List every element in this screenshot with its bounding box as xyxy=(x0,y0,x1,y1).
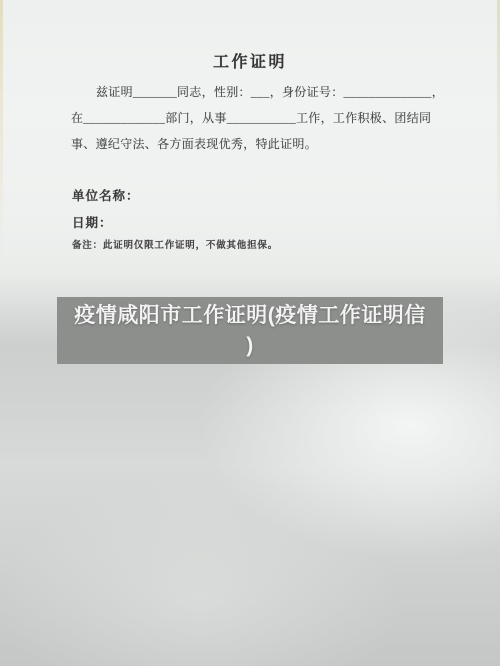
remark-note: 备注：此证明仅限工作证明，不做其他担保。 xyxy=(72,237,278,251)
document-paragraph: 兹证明_______同志，性别：___，身份证号：______________，… xyxy=(71,79,453,157)
date-label: 日期： xyxy=(72,213,113,231)
unit-name-label: 单位名称： xyxy=(72,186,140,204)
paragraph-line-3: 事、遵纪守法、各方面表现优秀，特此证明。 xyxy=(71,131,453,157)
caption-line-2: ) xyxy=(246,331,254,361)
document-title: 工作证明 xyxy=(0,49,500,72)
paragraph-line-2: 在_____________部门，从事___________工作，工作积极、团结… xyxy=(71,105,453,131)
caption-banner: 疫情咸阳市工作证明(疫情工作证明信 ) xyxy=(57,297,443,364)
photo-background: 工作证明 兹证明_______同志，性别：___，身份证号：__________… xyxy=(0,0,500,666)
paragraph-line-1: 兹证明_______同志，性别：___，身份证号：______________， xyxy=(71,79,453,105)
caption-line-1: 疫情咸阳市工作证明(疫情工作证明信 xyxy=(74,301,426,331)
